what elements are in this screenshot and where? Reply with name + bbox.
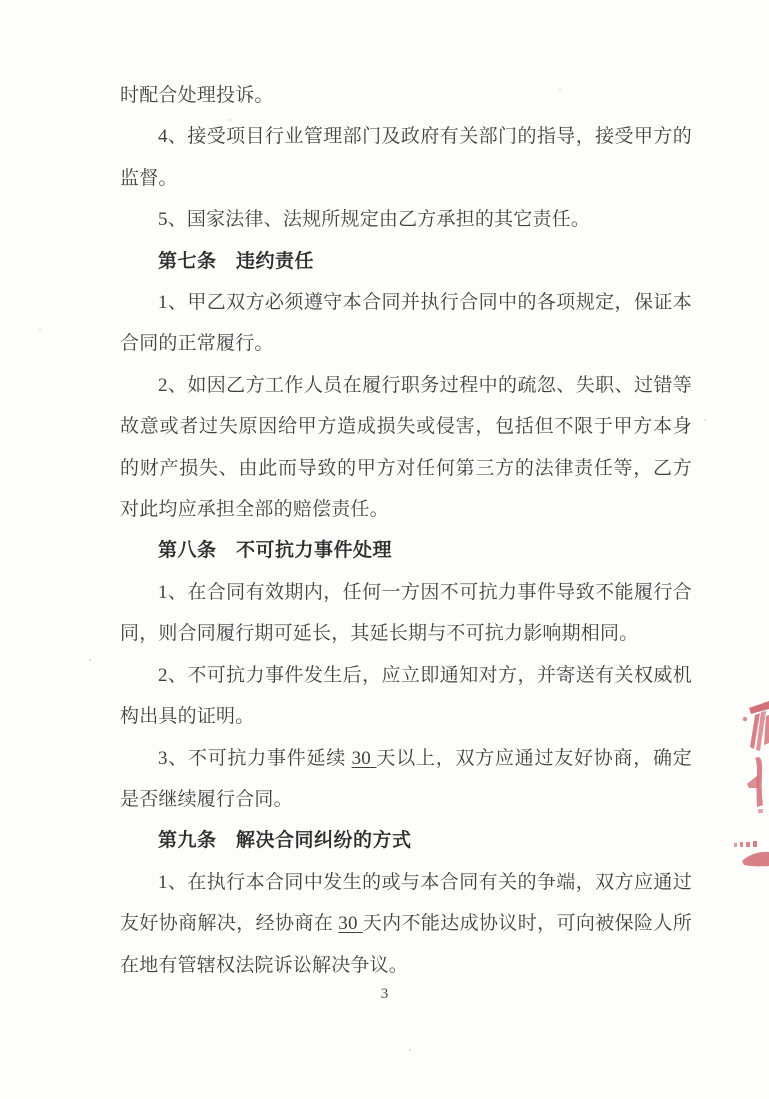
- filled-in-value: 30: [338, 913, 363, 934]
- page-number: 3: [0, 986, 769, 1003]
- text-run: 2、如因乙方工作人员在履行职务过程中的疏忽、失职、过错等故意或者过失原因给甲方造…: [120, 375, 692, 520]
- text-run: 3、不可抗力事件延续: [158, 748, 352, 769]
- contract-body: 时配合处理投诉。4、接受项目行业管理部门及政府有关部门的指导，接受甲方的监督。5…: [120, 75, 692, 986]
- document-page: 时配合处理投诉。4、接受项目行业管理部门及政府有关部门的指导，接受甲方的监督。5…: [0, 0, 769, 1099]
- contract-paragraph: 1、在合同有效期内，任何一方因不可抗力事件导致不能履行合同，则合同履行期可延长，…: [120, 572, 692, 655]
- contract-paragraph: 5、国家法律、法规所规定由乙方承担的其它责任。: [120, 199, 692, 240]
- text-run: 时配合处理投诉。: [120, 85, 274, 106]
- text-run: 1、甲乙双方必须遵守本合同并执行合同中的各项规定，保证本合同的正常履行。: [120, 292, 692, 354]
- contract-paragraph: 3、不可抗力事件延续 30 天以上，双方应通过友好协商，确定是否继续履行合同。: [120, 738, 692, 821]
- text-run: 第七条 违约责任: [158, 251, 314, 272]
- section-heading: 第七条 违约责任: [120, 241, 692, 282]
- text-run: 2、不可抗力事件发生后，应立即通知对方，并寄送有关权威机构出具的证明。: [120, 665, 692, 727]
- contract-paragraph: 1、在执行本合同中发生的或与本合同有关的争端，双方应通过友好协商解决，经协商在 …: [120, 862, 692, 986]
- contract-paragraph: 1、甲乙双方必须遵守本合同并执行合同中的各项规定，保证本合同的正常履行。: [120, 282, 692, 365]
- contract-paragraph: 2、不可抗力事件发生后，应立即通知对方，并寄送有关权威机构出具的证明。: [120, 655, 692, 738]
- text-run: 5、国家法律、法规所规定由乙方承担的其它责任。: [158, 209, 590, 230]
- contract-paragraph: 4、接受项目行业管理部门及政府有关部门的指导，接受甲方的监督。: [120, 116, 692, 199]
- filled-in-value: 30: [352, 748, 377, 769]
- text-run: 1、在合同有效期内，任何一方因不可抗力事件导致不能履行合同，则合同履行期可延长，…: [120, 582, 692, 644]
- text-run: 第八条 不可抗力事件处理: [158, 540, 392, 561]
- contract-paragraph: 2、如因乙方工作人员在履行职务过程中的疏忽、失职、过错等故意或者过失原因给甲方造…: [120, 365, 692, 531]
- text-run: 第九条 解决合同纠纷的方式: [158, 830, 412, 851]
- text-run: 4、接受项目行业管理部门及政府有关部门的指导，接受甲方的监督。: [120, 126, 692, 188]
- contract-paragraph: 时配合处理投诉。: [120, 75, 692, 116]
- red-seal-stamp-icon: [733, 695, 769, 875]
- section-heading: 第九条 解决合同纠纷的方式: [120, 820, 692, 861]
- section-heading: 第八条 不可抗力事件处理: [120, 530, 692, 571]
